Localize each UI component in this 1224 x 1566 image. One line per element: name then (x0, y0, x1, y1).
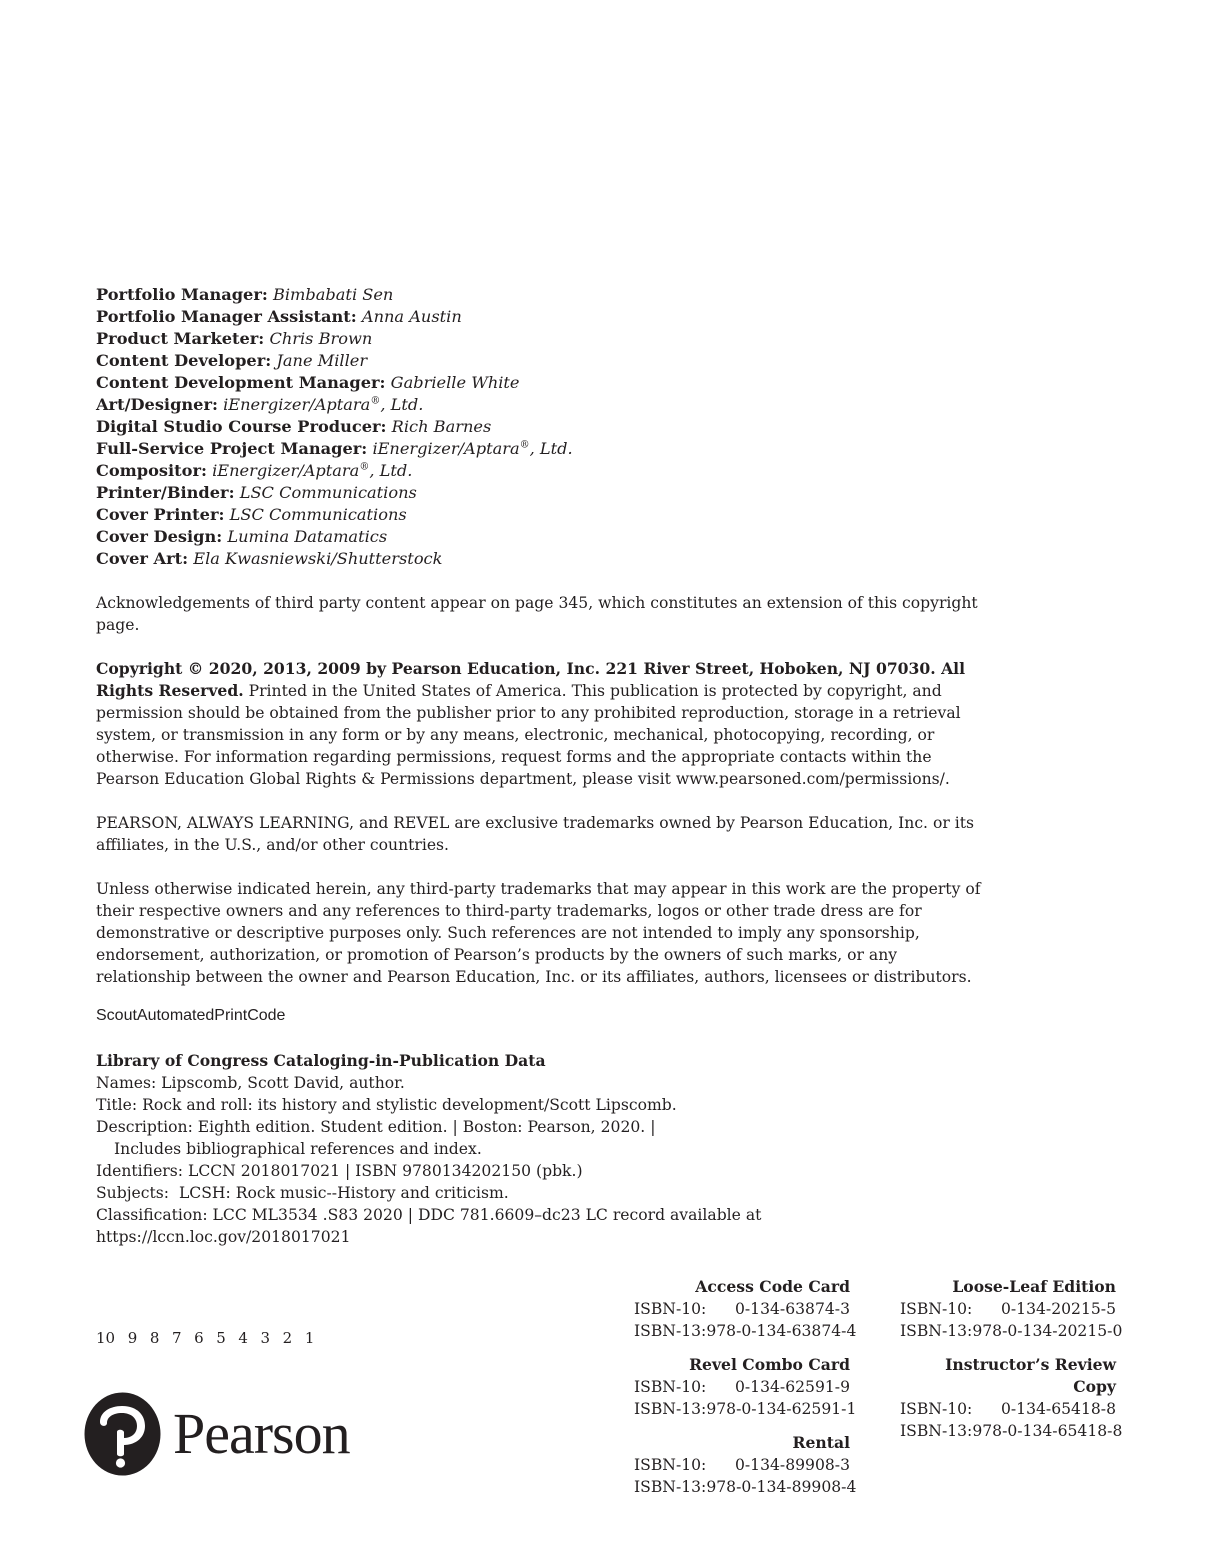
credit-name: Rich Barnes (392, 417, 492, 436)
pearson-p-icon (84, 1392, 161, 1476)
credit-role: Cover Printer: (96, 505, 224, 524)
credit-role: Portfolio Manager Assistant: (96, 307, 357, 326)
credit-role: Cover Art: (96, 549, 188, 568)
isbn-block-title: Rental (634, 1432, 850, 1454)
scout-print-code: ScoutAutomatedPrintCode (96, 1005, 285, 1027)
credit-row: Digital Studio Course Producer: Rich Bar… (96, 416, 573, 438)
isbn13-value: 978-0-134-62591-1 (706, 1398, 856, 1420)
cataloging-url[interactable]: https://lccn.loc.gov/2018017021 (96, 1226, 761, 1248)
cataloging-description: Description: Eighth edition. Student edi… (96, 1116, 761, 1138)
print-number: 1 (305, 1329, 315, 1347)
isbn-block-title: Revel Combo Card (634, 1354, 850, 1376)
credit-name: iEnergizer/Aptara®, Ltd. (212, 461, 412, 480)
isbn10-value: 0-134-62591-9 (735, 1376, 850, 1398)
isbn13-value: 978-0-134-20215-0 (972, 1320, 1122, 1342)
credit-row: Product Marketer: Chris Brown (96, 328, 573, 350)
credit-name: iEnergizer/Aptara®, Ltd. (223, 395, 423, 414)
credit-row: Printer/Binder: LSC Communications (96, 482, 573, 504)
print-number: 10 (96, 1329, 115, 1347)
credit-name: Ela Kwasniewski/Shutterstock (193, 549, 442, 568)
isbn-block-title: Access Code Card (634, 1276, 850, 1298)
credit-role: Art/Designer: (96, 395, 218, 414)
isbn-column-left: Access Code Card ISBN-10:0-134-63874-3 I… (634, 1276, 850, 1510)
isbn-block-revel-combo-card: Revel Combo Card ISBN-10:0-134-62591-9 I… (634, 1354, 850, 1420)
isbn13-label: ISBN-13: (900, 1320, 972, 1342)
credit-name: Chris Brown (269, 329, 372, 348)
isbn10-value: 0-134-63874-3 (735, 1298, 850, 1320)
credit-role: Cover Design: (96, 527, 222, 546)
credit-row: Cover Printer: LSC Communications (96, 504, 573, 526)
credit-row: Cover Design: Lumina Datamatics (96, 526, 573, 548)
acknowledgements-paragraph: Acknowledgements of third party content … (96, 592, 996, 636)
credit-row: Full-Service Project Manager: iEnergizer… (96, 438, 573, 460)
copyright-paragraph: Copyright © 2020, 2013, 2009 by Pearson … (96, 658, 996, 790)
cataloging-identifiers: Identifiers: LCCN 2018017021 | ISBN 9780… (96, 1160, 761, 1182)
pearson-logo: Pearson (84, 1392, 350, 1476)
isbn10-value: 0-134-20215-5 (1001, 1298, 1116, 1320)
credit-role: Printer/Binder: (96, 483, 235, 502)
isbn10-label: ISBN-10: (900, 1398, 972, 1420)
cataloging-title: Library of Congress Cataloging-in-Public… (96, 1050, 761, 1072)
isbn-block-access-code-card: Access Code Card ISBN-10:0-134-63874-3 I… (634, 1276, 850, 1342)
isbn13-label: ISBN-13: (634, 1398, 706, 1420)
isbn-column-right: Loose-Leaf Edition ISBN-10:0-134-20215-5… (900, 1276, 1116, 1454)
credit-role: Compositor: (96, 461, 207, 480)
trademarks-paragraph: PEARSON, ALWAYS LEARNING, and REVEL are … (96, 812, 996, 856)
print-number: 4 (238, 1329, 248, 1347)
credit-row: Cover Art: Ela Kwasniewski/Shutterstock (96, 548, 573, 570)
print-number: 3 (261, 1329, 271, 1347)
credit-role: Portfolio Manager: (96, 285, 268, 304)
credit-row: Content Developer: Jane Miller (96, 350, 573, 372)
cataloging-names: Names: Lipscomb, Scott David, author. (96, 1072, 761, 1094)
isbn10-label: ISBN-10: (634, 1376, 706, 1398)
credit-name: Gabrielle White (391, 373, 520, 392)
credit-role: Full-Service Project Manager: (96, 439, 367, 458)
credit-role: Content Developer: (96, 351, 271, 370)
isbn-block-rental: Rental ISBN-10:0-134-89908-3 ISBN-13:978… (634, 1432, 850, 1498)
cataloging-data: Library of Congress Cataloging-in-Public… (96, 1050, 761, 1248)
isbn10-value: 0-134-65418-8 (1001, 1398, 1116, 1420)
print-number: 8 (150, 1329, 160, 1347)
production-credits: Portfolio Manager: Bimbabati Sen Portfol… (96, 284, 573, 570)
isbn-block-title: Instructor’s Review Copy (900, 1354, 1116, 1398)
credit-name: Anna Austin (362, 307, 462, 326)
credit-name: LSC Communications (230, 505, 407, 524)
print-line-numbers: 10987654321 (96, 1329, 327, 1347)
isbn13-value: 978-0-134-65418-8 (972, 1420, 1122, 1442)
print-number: 9 (128, 1329, 138, 1347)
cataloging-subjects: Subjects: LCSH: Rock music--History and … (96, 1182, 761, 1204)
credit-name: Bimbabati Sen (273, 285, 393, 304)
credit-role: Content Development Manager: (96, 373, 386, 392)
pearson-wordmark: Pearson (173, 1405, 350, 1463)
print-number: 7 (172, 1329, 182, 1347)
isbn-block-title: Loose-Leaf Edition (900, 1276, 1116, 1298)
credit-role: Digital Studio Course Producer: (96, 417, 387, 436)
credit-row: Compositor: iEnergizer/Aptara®, Ltd. (96, 460, 573, 482)
cataloging-title-line: Title: Rock and roll: its history and st… (96, 1094, 761, 1116)
isbn10-value: 0-134-89908-3 (735, 1454, 850, 1476)
print-number: 6 (194, 1329, 204, 1347)
print-number: 2 (283, 1329, 293, 1347)
credit-name: iEnergizer/Aptara®, Ltd. (372, 439, 572, 458)
isbn-block-instructors-review-copy: Instructor’s Review Copy ISBN-10:0-134-6… (900, 1354, 1116, 1442)
credit-row: Content Development Manager: Gabrielle W… (96, 372, 573, 394)
credit-row: Portfolio Manager: Bimbabati Sen (96, 284, 573, 306)
isbn10-label: ISBN-10: (634, 1298, 706, 1320)
isbn13-value: 978-0-134-63874-4 (706, 1320, 856, 1342)
credit-name: LSC Communications (240, 483, 417, 502)
cataloging-classification: Classification: LCC ML3534 .S83 2020 | D… (96, 1204, 761, 1226)
isbn10-label: ISBN-10: (900, 1298, 972, 1320)
isbn13-label: ISBN-13: (900, 1420, 972, 1442)
credit-role: Product Marketer: (96, 329, 264, 348)
isbn10-label: ISBN-10: (634, 1454, 706, 1476)
cataloging-description-cont: Includes bibliographical references and … (96, 1138, 761, 1160)
third-party-trademarks-paragraph: Unless otherwise indicated herein, any t… (96, 878, 996, 988)
credit-name: Lumina Datamatics (227, 527, 387, 546)
isbn13-label: ISBN-13: (634, 1476, 706, 1498)
isbn-block-loose-leaf-edition: Loose-Leaf Edition ISBN-10:0-134-20215-5… (900, 1276, 1116, 1342)
credit-row: Portfolio Manager Assistant: Anna Austin (96, 306, 573, 328)
isbn13-value: 978-0-134-89908-4 (706, 1476, 856, 1498)
isbn13-label: ISBN-13: (634, 1320, 706, 1342)
credit-row: Art/Designer: iEnergizer/Aptara®, Ltd. (96, 394, 573, 416)
credit-name: Jane Miller (276, 351, 367, 370)
print-number: 5 (216, 1329, 226, 1347)
